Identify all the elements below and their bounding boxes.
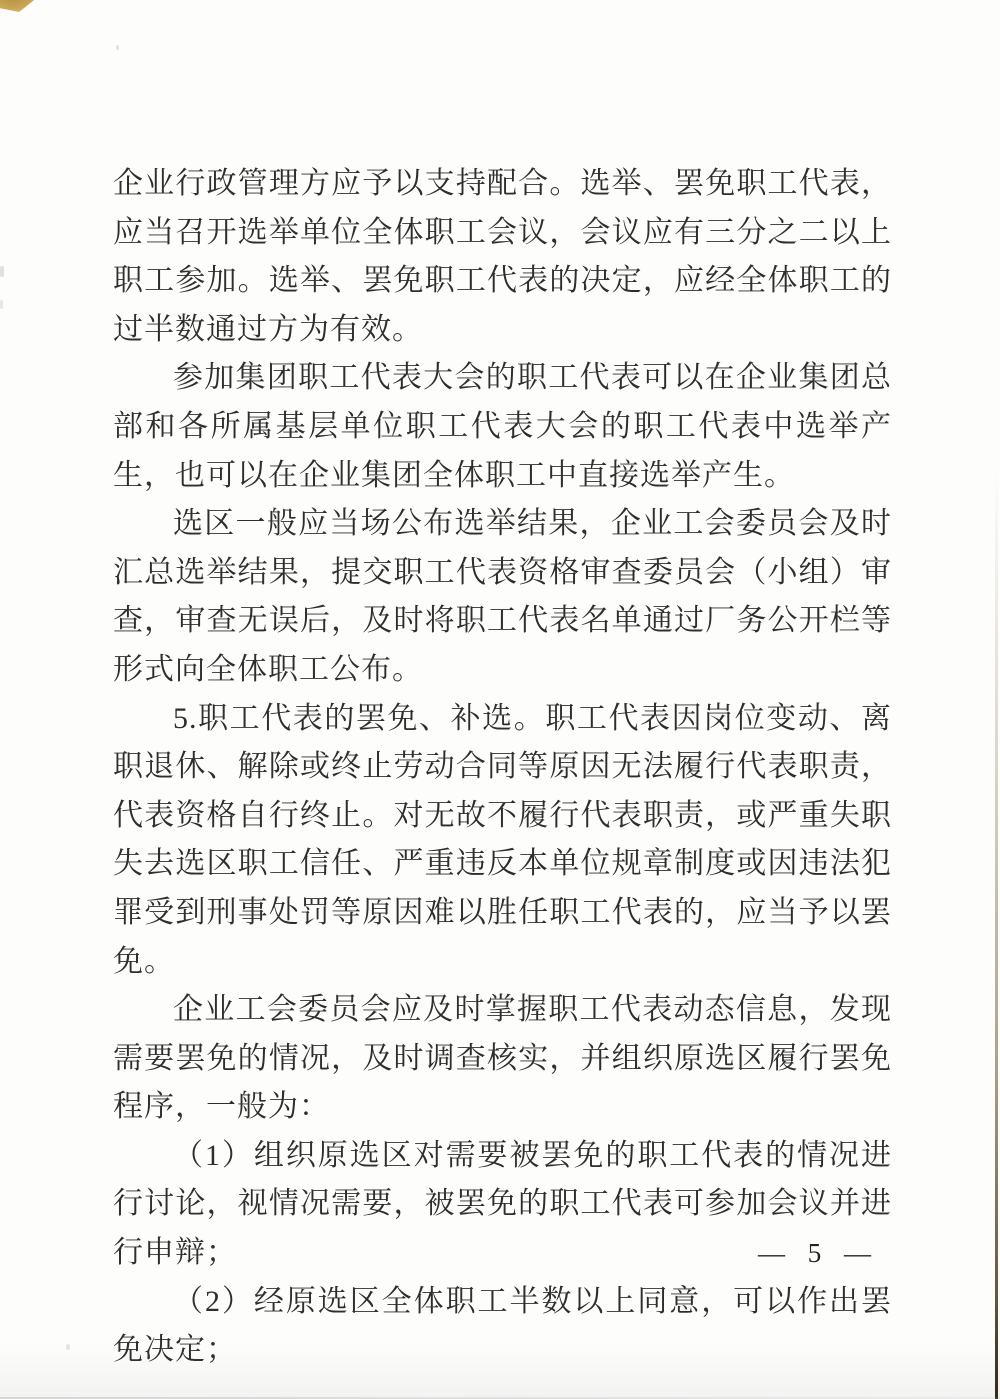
paragraph: 选区一般应当场公布选举结果，企业工会委员会及时汇总选举结果，提交职工代表资格审查… [113, 500, 892, 694]
scan-edge-line [995, 470, 998, 1399]
scan-corner-artifact [0, 0, 38, 12]
scan-speck [0, 300, 3, 309]
document-page: 企业行政管理方应予以支持配合。选举、罢免职工代表，应当召开选举单位全体职工会议，… [0, 0, 1000, 1399]
paragraph: 企业工会委员会应及时掌握职工代表动态信息，发现需要罢免的情况，及时调查核实，并组… [113, 986, 892, 1132]
paragraph-item-5: 5.职工代表的罢免、补选。职工代表因岗位变动、离职退休、解除或终止劳动合同等原因… [113, 695, 892, 987]
document-body: 企业行政管理方应予以支持配合。选举、罢免职工代表，应当召开选举单位全体职工会议，… [113, 160, 892, 1375]
paragraph: 参加集团职工代表大会的职工代表可以在企业集团总部和各所属基层单位职工代表大会的职… [113, 354, 892, 500]
page-number: — 5 — [758, 1238, 879, 1269]
scan-speck [0, 266, 4, 277]
scan-speck [116, 45, 119, 50]
paragraph-continuation: 企业行政管理方应予以支持配合。选举、罢免职工代表，应当召开选举单位全体职工会议，… [113, 160, 892, 354]
scan-speck [66, 1344, 70, 1350]
paragraph-subitem-2: （2）经原选区全体职工半数以上同意，可以作出罢免决定； [113, 1278, 892, 1375]
